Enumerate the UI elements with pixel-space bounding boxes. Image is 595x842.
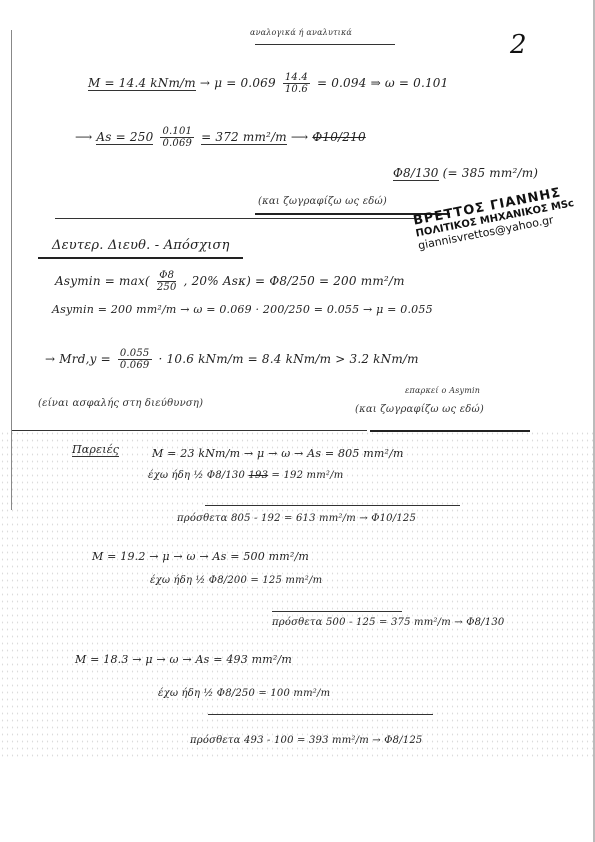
mu-result: = 0.094 — [317, 76, 367, 90]
section-heading-edges: Παρειές — [72, 443, 119, 457]
note-sufficient: επαρκεί ο Asymin — [405, 386, 480, 395]
omega-result: ⇒ ω = 0.101 — [371, 76, 449, 90]
block2-line3: πρόσθετα 500 - 125 = 375 mm²/m → Φ8/130 — [272, 617, 504, 628]
asymin-max-line: Asymin = max( Φ8 250 , 20% Asκ) = Φ8/250… — [55, 270, 405, 293]
as-line: ⟶ As = 250 0.101 0.069 = 372 mm²/m ⟶ Φ10… — [75, 126, 366, 149]
moment-value: M = 14.4 kNm/m — [88, 76, 196, 91]
block1-line1: M = 23 kNm/m → μ → ω → As = 805 mm²/m — [152, 447, 404, 460]
mu-equation: μ = 0.069 — [214, 76, 276, 90]
scanned-page: 2 αναλογικά ή αναλυτικά M = 14.4 kNm/m →… — [0, 0, 595, 842]
block3-line3: πρόσθετα 493 - 100 = 393 mm²/m → Φ8/125 — [190, 735, 422, 746]
fraction: 0.101 0.069 — [160, 126, 194, 149]
heading-underline — [38, 257, 243, 259]
fraction: 14.4 10.6 — [283, 72, 310, 95]
as-equation: As = 250 — [96, 130, 153, 145]
struck-bar-choice: Φ10/210 — [312, 130, 365, 144]
block2-line2: έχω ήδη ½ Φ8/200 = 125 mm²/m — [150, 575, 322, 586]
underline-2 — [370, 430, 530, 432]
section-heading-secondary: Δευτερ. Διευθ. - Απόσχιση — [52, 238, 230, 253]
sum-line — [205, 505, 460, 506]
sum-line — [272, 611, 402, 612]
block3-line2: έχω ήδη ½ Φ8/250 = 100 mm²/m — [158, 688, 330, 699]
note-draw-here: (και ζωγραφίζω ως εδώ) — [258, 196, 387, 207]
note-safe-direction: (είναι ασφαλής στη διεύθυνση) — [38, 398, 203, 409]
author-stamp: ΒΡΕΤΤΟΣ ΓΙΑΝΝΗΣ ΠΟΛΙΤΙΚΟΣ ΜΗΧΑΝΙΚΟΣ MSc … — [412, 183, 577, 252]
block1-line3: πρόσθετα 805 - 192 = 613 mm²/m → Φ10/125 — [177, 513, 416, 524]
section-divider-2 — [12, 430, 367, 431]
mrd-line: → Mrd,y = 0.055 0.069 · 10.6 kNm/m = 8.4… — [45, 348, 419, 371]
as-result: = 372 mm²/m — [201, 130, 287, 145]
asymin-omega-line: Asymin = 200 mm²/m → ω = 0.069 · 200/250… — [52, 303, 433, 316]
section-divider — [55, 218, 415, 219]
note-underline — [255, 44, 395, 45]
moment-line-1: M = 14.4 kNm/m → μ = 0.069 14.4 10.6 = 0… — [88, 72, 448, 95]
block2-line1: M = 19.2 → μ → ω → As = 500 mm²/m — [92, 550, 309, 563]
note-draw-here-2: (και ζωγραφίζω ως εδώ) — [355, 404, 484, 415]
sum-line — [208, 714, 433, 715]
arrow: → — [200, 76, 210, 90]
margin-line — [11, 30, 12, 510]
block3-line1: M = 18.3 → μ → ω → As = 493 mm²/m — [75, 653, 292, 666]
chosen-reinforcement: Φ8/130 (= 385 mm²/m) — [393, 166, 538, 180]
page-number: 2 — [510, 30, 527, 60]
block1-line2: έχω ήδη ½ Φ8/130 193 = 192 mm²/m — [148, 470, 343, 481]
note-analytical: αναλογικά ή αναλυτικά — [250, 28, 352, 37]
